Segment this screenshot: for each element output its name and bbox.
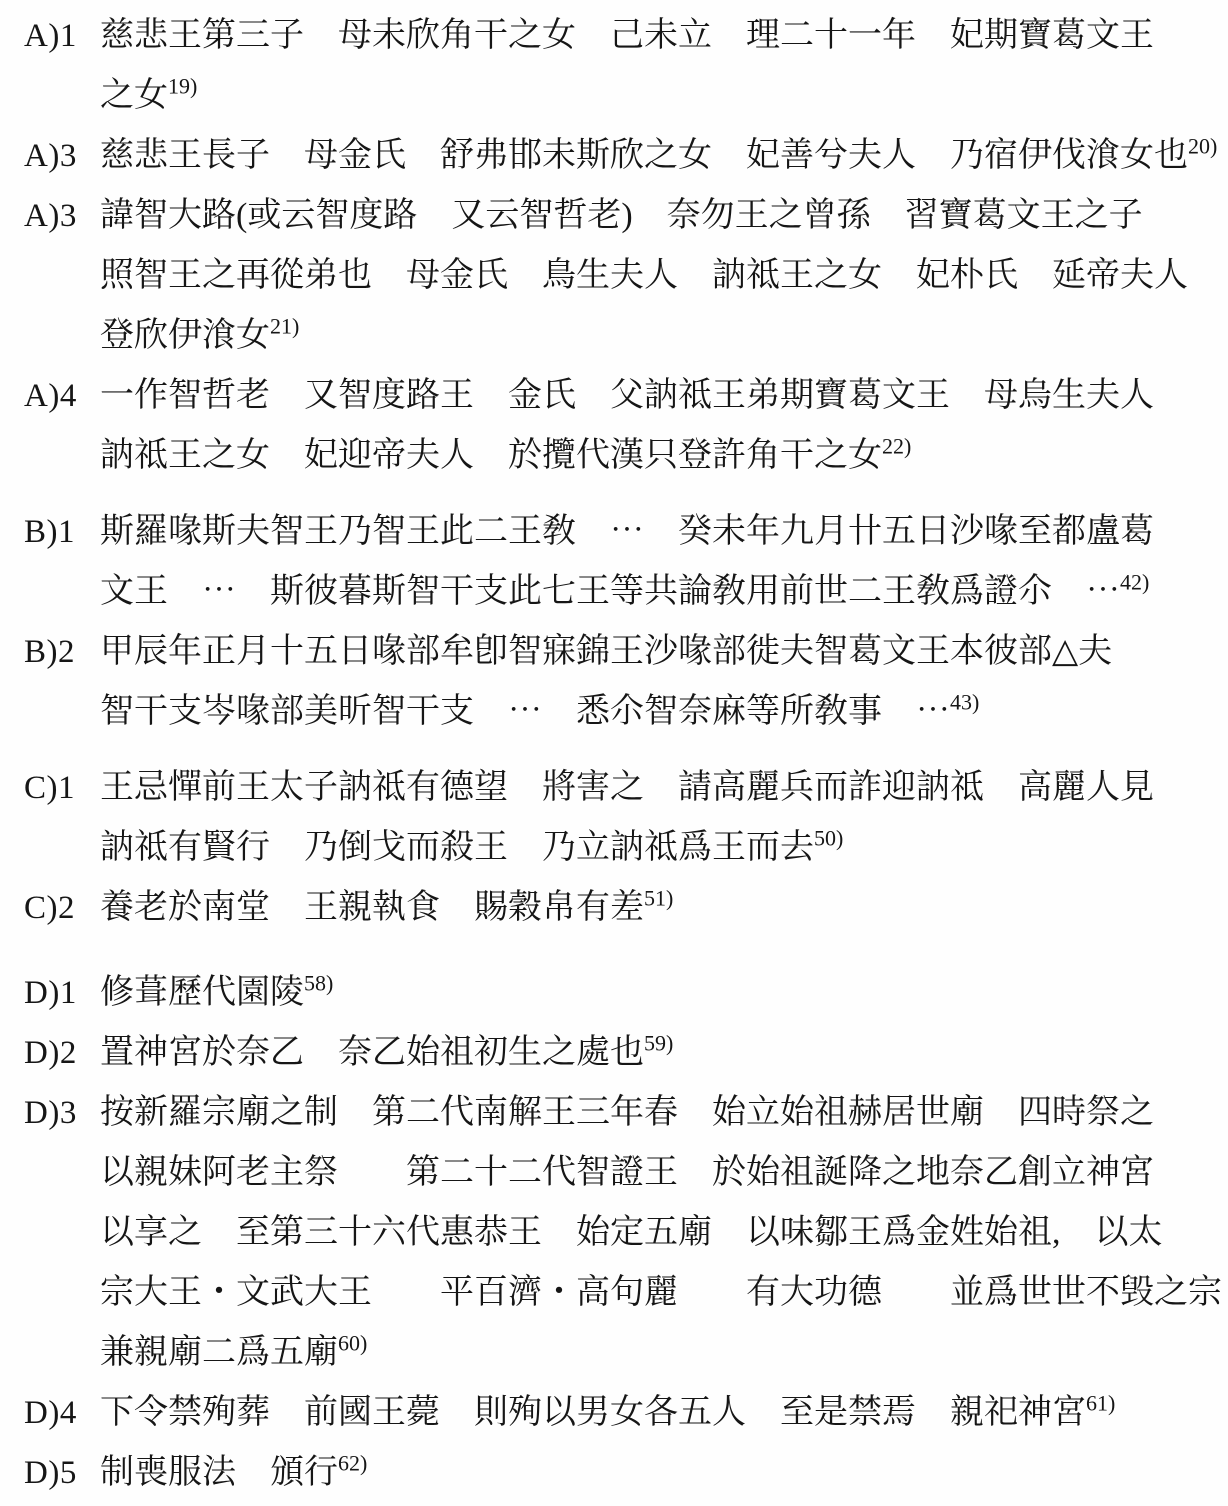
entry-line: 文王 ⋯ 斯彼暮斯智干支此七王等共論敎用前世二王敎爲證尒 ⋯42): [100, 562, 1222, 622]
entry-lines: 下令禁殉葬 前國王薨 則殉以男女各五人 至是禁焉 親祀神宮61): [100, 1383, 1222, 1443]
entry-lines: 制喪服法 頒行62): [100, 1443, 1222, 1503]
entry-line: 按新羅宗廟之制 第二代南解王三年春 始立始祖赫居世廟 四時祭之: [100, 1083, 1222, 1143]
line-text: 下令禁殉葬 前國王薨 則殉以男女各五人 至是禁焉 親祀神宮: [100, 1394, 1086, 1431]
entry-lines: 王忌憚前王太子訥祗有德望 將害之 請高麗兵而詐迎訥祗 高麗人見 訥祗有賢行 乃倒…: [100, 758, 1222, 878]
entry-line: 王忌憚前王太子訥祗有德望 將害之 請高麗兵而詐迎訥祗 高麗人見: [100, 758, 1222, 818]
quotation-entry: D)3 按新羅宗廟之制 第二代南解王三年春 始立始祖赫居世廟 四時祭之 以親妹阿…: [24, 1083, 1222, 1383]
entry-line: 養老於南堂 王親執食 賜穀帛有差51): [100, 878, 1222, 938]
entry-lines: 甲辰年正月十五日喙部牟卽智寐錦王沙喙部徙夫智葛文王本彼部△夫 智干支岑喙部美昕智…: [100, 622, 1222, 742]
entry-line: 斯羅喙斯夫智王乃智王此二王敎 ⋯ 癸未年九月卄五日沙喙至都盧葛: [100, 502, 1222, 562]
line-text: 慈悲王長子 母金氏 舒弗邯未斯欣之女 妃善兮夫人 乃宿伊伐湌女也: [100, 137, 1188, 174]
entry-lines: 置神宮於奈乙 奈乙始祖初生之處也59): [100, 1023, 1222, 1083]
entry-lines: 養老於南堂 王親執食 賜穀帛有差51): [100, 878, 1222, 938]
entry-label: A)3: [24, 186, 100, 246]
entry-label: C)2: [24, 878, 100, 938]
line-text: 養老於南堂 王親執食 賜穀帛有差: [100, 889, 644, 926]
footnote-marker: 62): [338, 1451, 367, 1476]
entry-label: B)1: [24, 502, 100, 562]
line-text: 斯羅喙斯夫智王乃智王此二王敎 ⋯ 癸未年九月卄五日沙喙至都盧葛: [100, 513, 1154, 550]
quotation-entry: D)1 修葺歷代園陵58): [24, 963, 1222, 1023]
quotation-entry: B)2 甲辰年正月十五日喙部牟卽智寐錦王沙喙部徙夫智葛文王本彼部△夫 智干支岑喙…: [24, 622, 1222, 742]
entry-line: 慈悲王第三子 母未欣角干之女 己未立 理二十一年 妃期寶葛文王: [100, 6, 1222, 66]
footnote-marker: 50): [814, 826, 843, 851]
entry-lines: 按新羅宗廟之制 第二代南解王三年春 始立始祖赫居世廟 四時祭之 以親妹阿老主祭 …: [100, 1083, 1222, 1383]
quotation-entry: C)1 王忌憚前王太子訥祗有德望 將害之 請高麗兵而詐迎訥祗 高麗人見 訥祗有賢…: [24, 758, 1222, 878]
line-text: 按新羅宗廟之制 第二代南解王三年春 始立始祖赫居世廟 四時祭之: [100, 1094, 1154, 1131]
line-text: 以親妹阿老主祭 第二十二代智證王 於始祖誕降之地奈乙創立神宮: [100, 1154, 1154, 1191]
footnote-marker: 20): [1188, 134, 1217, 159]
entry-lines: 諱智大路(或云智度路 又云智哲老) 奈勿王之曾孫 習寶葛文王之子 照智王之再從弟…: [100, 186, 1222, 366]
footnote-marker: 21): [270, 314, 299, 339]
entry-lines: 慈悲王第三子 母未欣角干之女 己未立 理二十一年 妃期寶葛文王 之女19): [100, 6, 1222, 126]
quotation-entry: A)3 慈悲王長子 母金氏 舒弗邯未斯欣之女 妃善兮夫人 乃宿伊伐湌女也20): [24, 126, 1222, 186]
entry-line: 以親妹阿老主祭 第二十二代智證王 於始祖誕降之地奈乙創立神宮: [100, 1143, 1222, 1203]
entry-line: 之女19): [100, 66, 1222, 126]
footnote-marker: 19): [168, 74, 197, 99]
entry-line: 制喪服法 頒行62): [100, 1443, 1222, 1503]
footnote-marker: 43): [950, 690, 979, 715]
quotation-entry: D)5 制喪服法 頒行62): [24, 1443, 1222, 1503]
line-text: 之女: [100, 77, 168, 114]
footnote-marker: 42): [1120, 570, 1149, 595]
entry-label: C)1: [24, 758, 100, 818]
entry-line: 登欣伊湌女21): [100, 306, 1222, 366]
quotation-list: A)1 慈悲王第三子 母未欣角干之女 己未立 理二十一年 妃期寶葛文王 之女19…: [24, 6, 1222, 1503]
entry-line: 甲辰年正月十五日喙部牟卽智寐錦王沙喙部徙夫智葛文王本彼部△夫: [100, 622, 1222, 682]
line-text: 諱智大路(或云智度路 又云智哲老) 奈勿王之曾孫 習寶葛文王之子: [100, 197, 1143, 234]
line-text: 置神宮於奈乙 奈乙始祖初生之處也: [100, 1034, 644, 1071]
entry-label: D)5: [24, 1443, 100, 1503]
entry-line: 修葺歷代園陵58): [100, 963, 1222, 1023]
line-text: 以享之 至第三十六代惠恭王 始定五廟 以味鄒王爲金姓始祖, 以太: [100, 1214, 1163, 1251]
entry-lines: 一作智哲老 又智度路王 金氏 父訥祗王弟期寶葛文王 母烏生夫人 訥祗王之女 妃迎…: [100, 366, 1222, 486]
entry-label: D)2: [24, 1023, 100, 1083]
line-text: 修葺歷代園陵: [100, 974, 304, 1011]
entry-line: 以享之 至第三十六代惠恭王 始定五廟 以味鄒王爲金姓始祖, 以太: [100, 1203, 1222, 1263]
line-text: 王忌憚前王太子訥祗有德望 將害之 請高麗兵而詐迎訥祗 高麗人見: [100, 769, 1154, 806]
line-text: 慈悲王第三子 母未欣角干之女 己未立 理二十一年 妃期寶葛文王: [100, 17, 1154, 54]
line-text: 登欣伊湌女: [100, 317, 270, 354]
quotation-entry: A)3 諱智大路(或云智度路 又云智哲老) 奈勿王之曾孫 習寶葛文王之子 照智王…: [24, 186, 1222, 366]
footnote-marker: 60): [338, 1331, 367, 1356]
entry-line: 智干支岑喙部美昕智干支 ⋯ 悉尒智奈麻等所敎事 ⋯43): [100, 682, 1222, 742]
footnote-marker: 61): [1086, 1391, 1115, 1416]
entry-line: 照智王之再從弟也 母金氏 鳥生夫人 訥祗王之女 妃朴氏 延帝夫人: [100, 246, 1222, 306]
line-text: 文王 ⋯ 斯彼暮斯智干支此七王等共論敎用前世二王敎爲證尒 ⋯: [100, 573, 1120, 610]
entry-label: D)1: [24, 963, 100, 1023]
entry-line: 兼親廟二爲五廟60): [100, 1323, 1222, 1383]
scanned-paper-page: A)1 慈悲王第三子 母未欣角干之女 己未立 理二十一年 妃期寶葛文王 之女19…: [0, 0, 1228, 1506]
footnote-marker: 51): [644, 886, 673, 911]
quotation-entry: C)2 養老於南堂 王親執食 賜穀帛有差51): [24, 878, 1222, 938]
footnote-marker: 22): [882, 434, 911, 459]
entry-line: 一作智哲老 又智度路王 金氏 父訥祗王弟期寶葛文王 母烏生夫人: [100, 366, 1222, 426]
entry-line: 訥祗王之女 妃迎帝夫人 於攬代漢只登許角干之女22): [100, 426, 1222, 486]
line-text: 訥祗有賢行 乃倒戈而殺王 乃立訥祗爲王而去: [100, 829, 814, 866]
entry-lines: 修葺歷代園陵58): [100, 963, 1222, 1023]
line-text: 兼親廟二爲五廟: [100, 1334, 338, 1371]
entry-line: 慈悲王長子 母金氏 舒弗邯未斯欣之女 妃善兮夫人 乃宿伊伐湌女也20): [100, 126, 1222, 186]
line-text: 一作智哲老 又智度路王 金氏 父訥祗王弟期寶葛文王 母烏生夫人: [100, 377, 1154, 414]
entry-lines: 慈悲王長子 母金氏 舒弗邯未斯欣之女 妃善兮夫人 乃宿伊伐湌女也20): [100, 126, 1222, 186]
quotation-entry: D)4 下令禁殉葬 前國王薨 則殉以男女各五人 至是禁焉 親祀神宮61): [24, 1383, 1222, 1443]
entry-line: 諱智大路(或云智度路 又云智哲老) 奈勿王之曾孫 習寶葛文王之子: [100, 186, 1222, 246]
entry-line: 訥祗有賢行 乃倒戈而殺王 乃立訥祗爲王而去50): [100, 818, 1222, 878]
entry-line: 宗大王・文武大王 平百濟・高句麗 有大功德 並爲世世不毁之宗: [100, 1263, 1222, 1323]
quotation-entry: D)2 置神宮於奈乙 奈乙始祖初生之處也59): [24, 1023, 1222, 1083]
footnote-marker: 58): [304, 971, 333, 996]
line-text: 制喪服法 頒行: [100, 1454, 338, 1491]
entry-label: A)1: [24, 6, 100, 66]
line-text: 宗大王・文武大王 平百濟・高句麗 有大功德 並爲世世不毁之宗: [100, 1274, 1222, 1311]
line-text: 甲辰年正月十五日喙部牟卽智寐錦王沙喙部徙夫智葛文王本彼部△夫: [100, 633, 1112, 670]
entry-label: D)4: [24, 1383, 100, 1443]
entry-lines: 斯羅喙斯夫智王乃智王此二王敎 ⋯ 癸未年九月卄五日沙喙至都盧葛 文王 ⋯ 斯彼暮…: [100, 502, 1222, 622]
entry-label: A)4: [24, 366, 100, 426]
entry-label: A)3: [24, 126, 100, 186]
entry-label: B)2: [24, 622, 100, 682]
footnote-marker: 59): [644, 1031, 673, 1056]
line-text: 智干支岑喙部美昕智干支 ⋯ 悉尒智奈麻等所敎事 ⋯: [100, 693, 950, 730]
quotation-entry: B)1 斯羅喙斯夫智王乃智王此二王敎 ⋯ 癸未年九月卄五日沙喙至都盧葛 文王 ⋯…: [24, 502, 1222, 622]
line-text: 訥祗王之女 妃迎帝夫人 於攬代漢只登許角干之女: [100, 437, 882, 474]
entry-label: D)3: [24, 1083, 100, 1143]
line-text: 照智王之再從弟也 母金氏 鳥生夫人 訥祗王之女 妃朴氏 延帝夫人: [100, 257, 1188, 294]
quotation-entry: A)4 一作智哲老 又智度路王 金氏 父訥祗王弟期寶葛文王 母烏生夫人 訥祗王之…: [24, 366, 1222, 486]
entry-line: 置神宮於奈乙 奈乙始祖初生之處也59): [100, 1023, 1222, 1083]
entry-line: 下令禁殉葬 前國王薨 則殉以男女各五人 至是禁焉 親祀神宮61): [100, 1383, 1222, 1443]
quotation-entry: A)1 慈悲王第三子 母未欣角干之女 己未立 理二十一年 妃期寶葛文王 之女19…: [24, 6, 1222, 126]
